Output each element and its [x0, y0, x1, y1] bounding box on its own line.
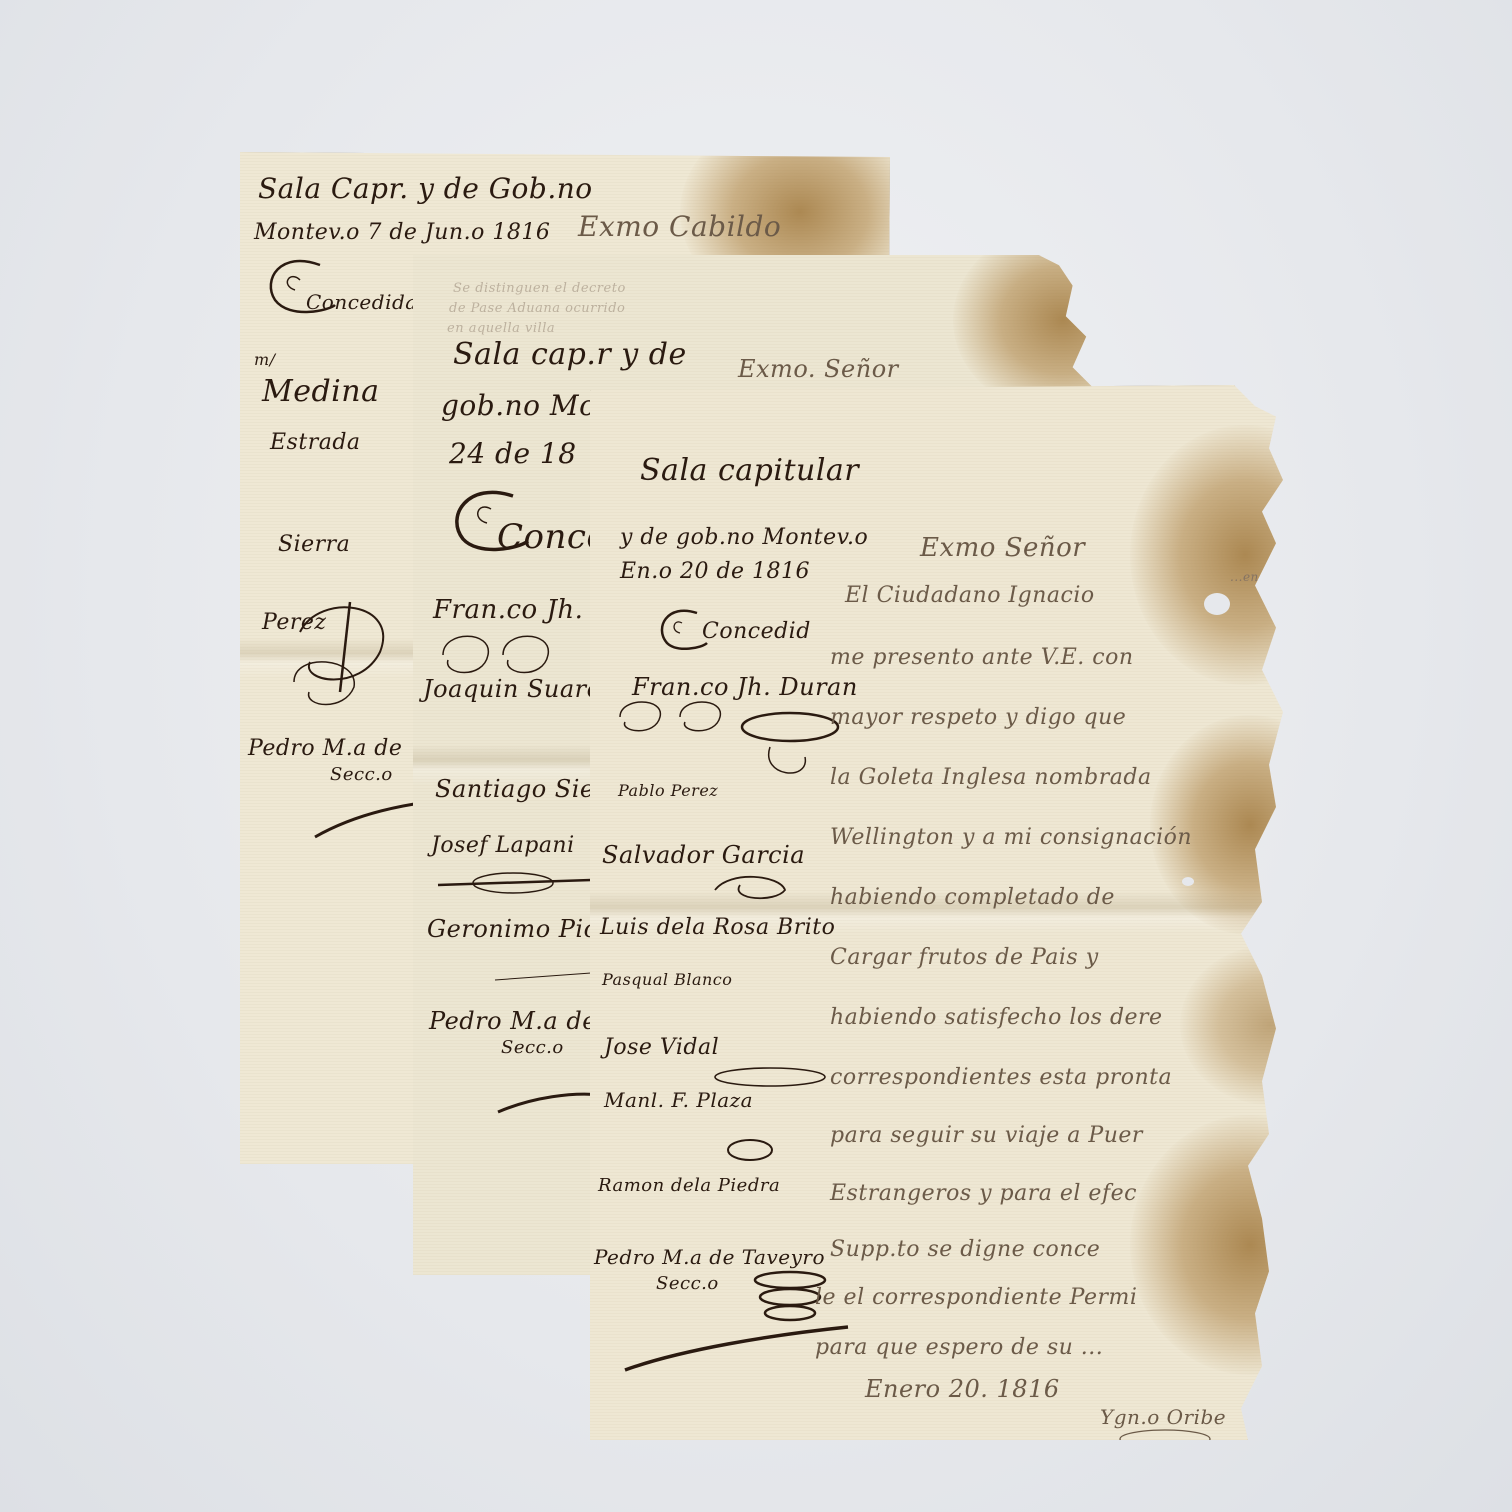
sheet3-heading-1: Sala capitular [640, 453, 859, 488]
sheet2-heading-1: Sala cap.r y de [453, 337, 687, 372]
faint-note: Se distinguen el decreto [453, 281, 626, 296]
body-line: Supp.to se digne conce [830, 1237, 1100, 1262]
body-line: habiendo satisfecho los dere [830, 1005, 1163, 1030]
pen-stroke-icon [310, 792, 430, 842]
body-line: Wellington y a mi consignación [830, 825, 1192, 850]
pen-stroke-icon [433, 865, 593, 895]
signature: Pablo Perez [618, 781, 718, 800]
signature: Ramon dela Piedra [598, 1175, 780, 1196]
signature: Jose Vidal [604, 1035, 719, 1060]
flourish-icon [610, 697, 840, 787]
sheet3-verdict: Concedid [702, 619, 811, 644]
margin-fragment: ...encia [1230, 570, 1278, 584]
sheet3-heading-2: y de gob.no Montev.o [620, 525, 868, 550]
signature: Manl. F. Plaza [604, 1088, 753, 1112]
sheet1-heading-2: Montev.o 7 de Jun.o 1816 [254, 220, 550, 245]
body-line: Cargar frutos de Pais y [830, 945, 1099, 970]
flourish-icon [284, 652, 364, 712]
signature-title: Secc.o [330, 764, 393, 785]
paper-hole [1204, 593, 1230, 615]
faint-note: de Pase Aduana ocurrido [449, 301, 625, 316]
signature: Fran.co Jh. [433, 595, 583, 625]
flourish-icon [710, 865, 790, 905]
body-date: Enero 20. 1816 [865, 1375, 1060, 1403]
closing-signature: Ygn.o Oribe [1100, 1405, 1226, 1429]
signature: Joaquin Suarez [423, 675, 615, 703]
body-line: para que espero de su ... [815, 1335, 1103, 1360]
paper-hole [1182, 877, 1194, 886]
body-line: le el correspondiente Permi [815, 1285, 1137, 1310]
water-stain [1130, 1115, 1290, 1375]
signature-title: Secc.o [656, 1273, 719, 1294]
body-line: me presento ante V.E. con [830, 645, 1134, 670]
body-line: Estrangeros y para el efec [830, 1181, 1137, 1206]
signature: Pedro M.a de [429, 1007, 597, 1035]
signature: Estrada [270, 430, 361, 455]
pen-stroke-icon [493, 1077, 603, 1127]
sheet1-heading-1: Sala Capr. y de Gob.no [258, 172, 593, 205]
sheet2-heading-3: 24 de 18 [449, 437, 577, 470]
signature: Sierra [278, 532, 350, 557]
body-line: para seguir su viaje a Puer [830, 1123, 1143, 1148]
water-stain [1130, 425, 1290, 685]
body-line: habiendo completado de [830, 885, 1115, 910]
signature: Josef Lapani [431, 833, 575, 858]
signature: Fran.co Jh. Duran [632, 673, 858, 701]
body-line: la Goleta Inglesa nombrada [830, 765, 1152, 790]
signature: Perez [262, 610, 326, 635]
signature-title: Secc.o [501, 1037, 564, 1058]
body-line: El Ciudadano Ignacio [845, 583, 1095, 608]
flourish-icon [280, 592, 420, 702]
faint-note: en aquella villa [447, 321, 555, 336]
signature: Pedro M.a de Taveyro [594, 1245, 825, 1269]
sheet1-salutation: Exmo Cabildo [578, 210, 781, 243]
sheet2-salutation: Exmo. Señor [738, 355, 899, 383]
document-sheet-front: Sala capitular y de gob.no Montev.o En.o… [590, 385, 1290, 1440]
water-stain [1180, 945, 1290, 1105]
signature: Luis dela Rosa Brito [600, 915, 835, 940]
sheet3-heading-3: En.o 20 de 1816 [620, 559, 810, 584]
signature: Salvador Garcia [602, 841, 805, 869]
sheet1-mark: m/ [254, 350, 276, 369]
signature: Pedro M.a de [248, 736, 402, 761]
signature: Pasqual Blanco [602, 970, 732, 989]
sheet3-salutation: Exmo Señor [920, 533, 1085, 563]
signature: Medina [262, 374, 379, 409]
body-line: correspondientes esta pronta [830, 1065, 1172, 1090]
flourish-icon [710, 1065, 830, 1165]
pen-stroke-icon [493, 965, 593, 985]
body-line: mayor respeto y digo que [830, 705, 1126, 730]
